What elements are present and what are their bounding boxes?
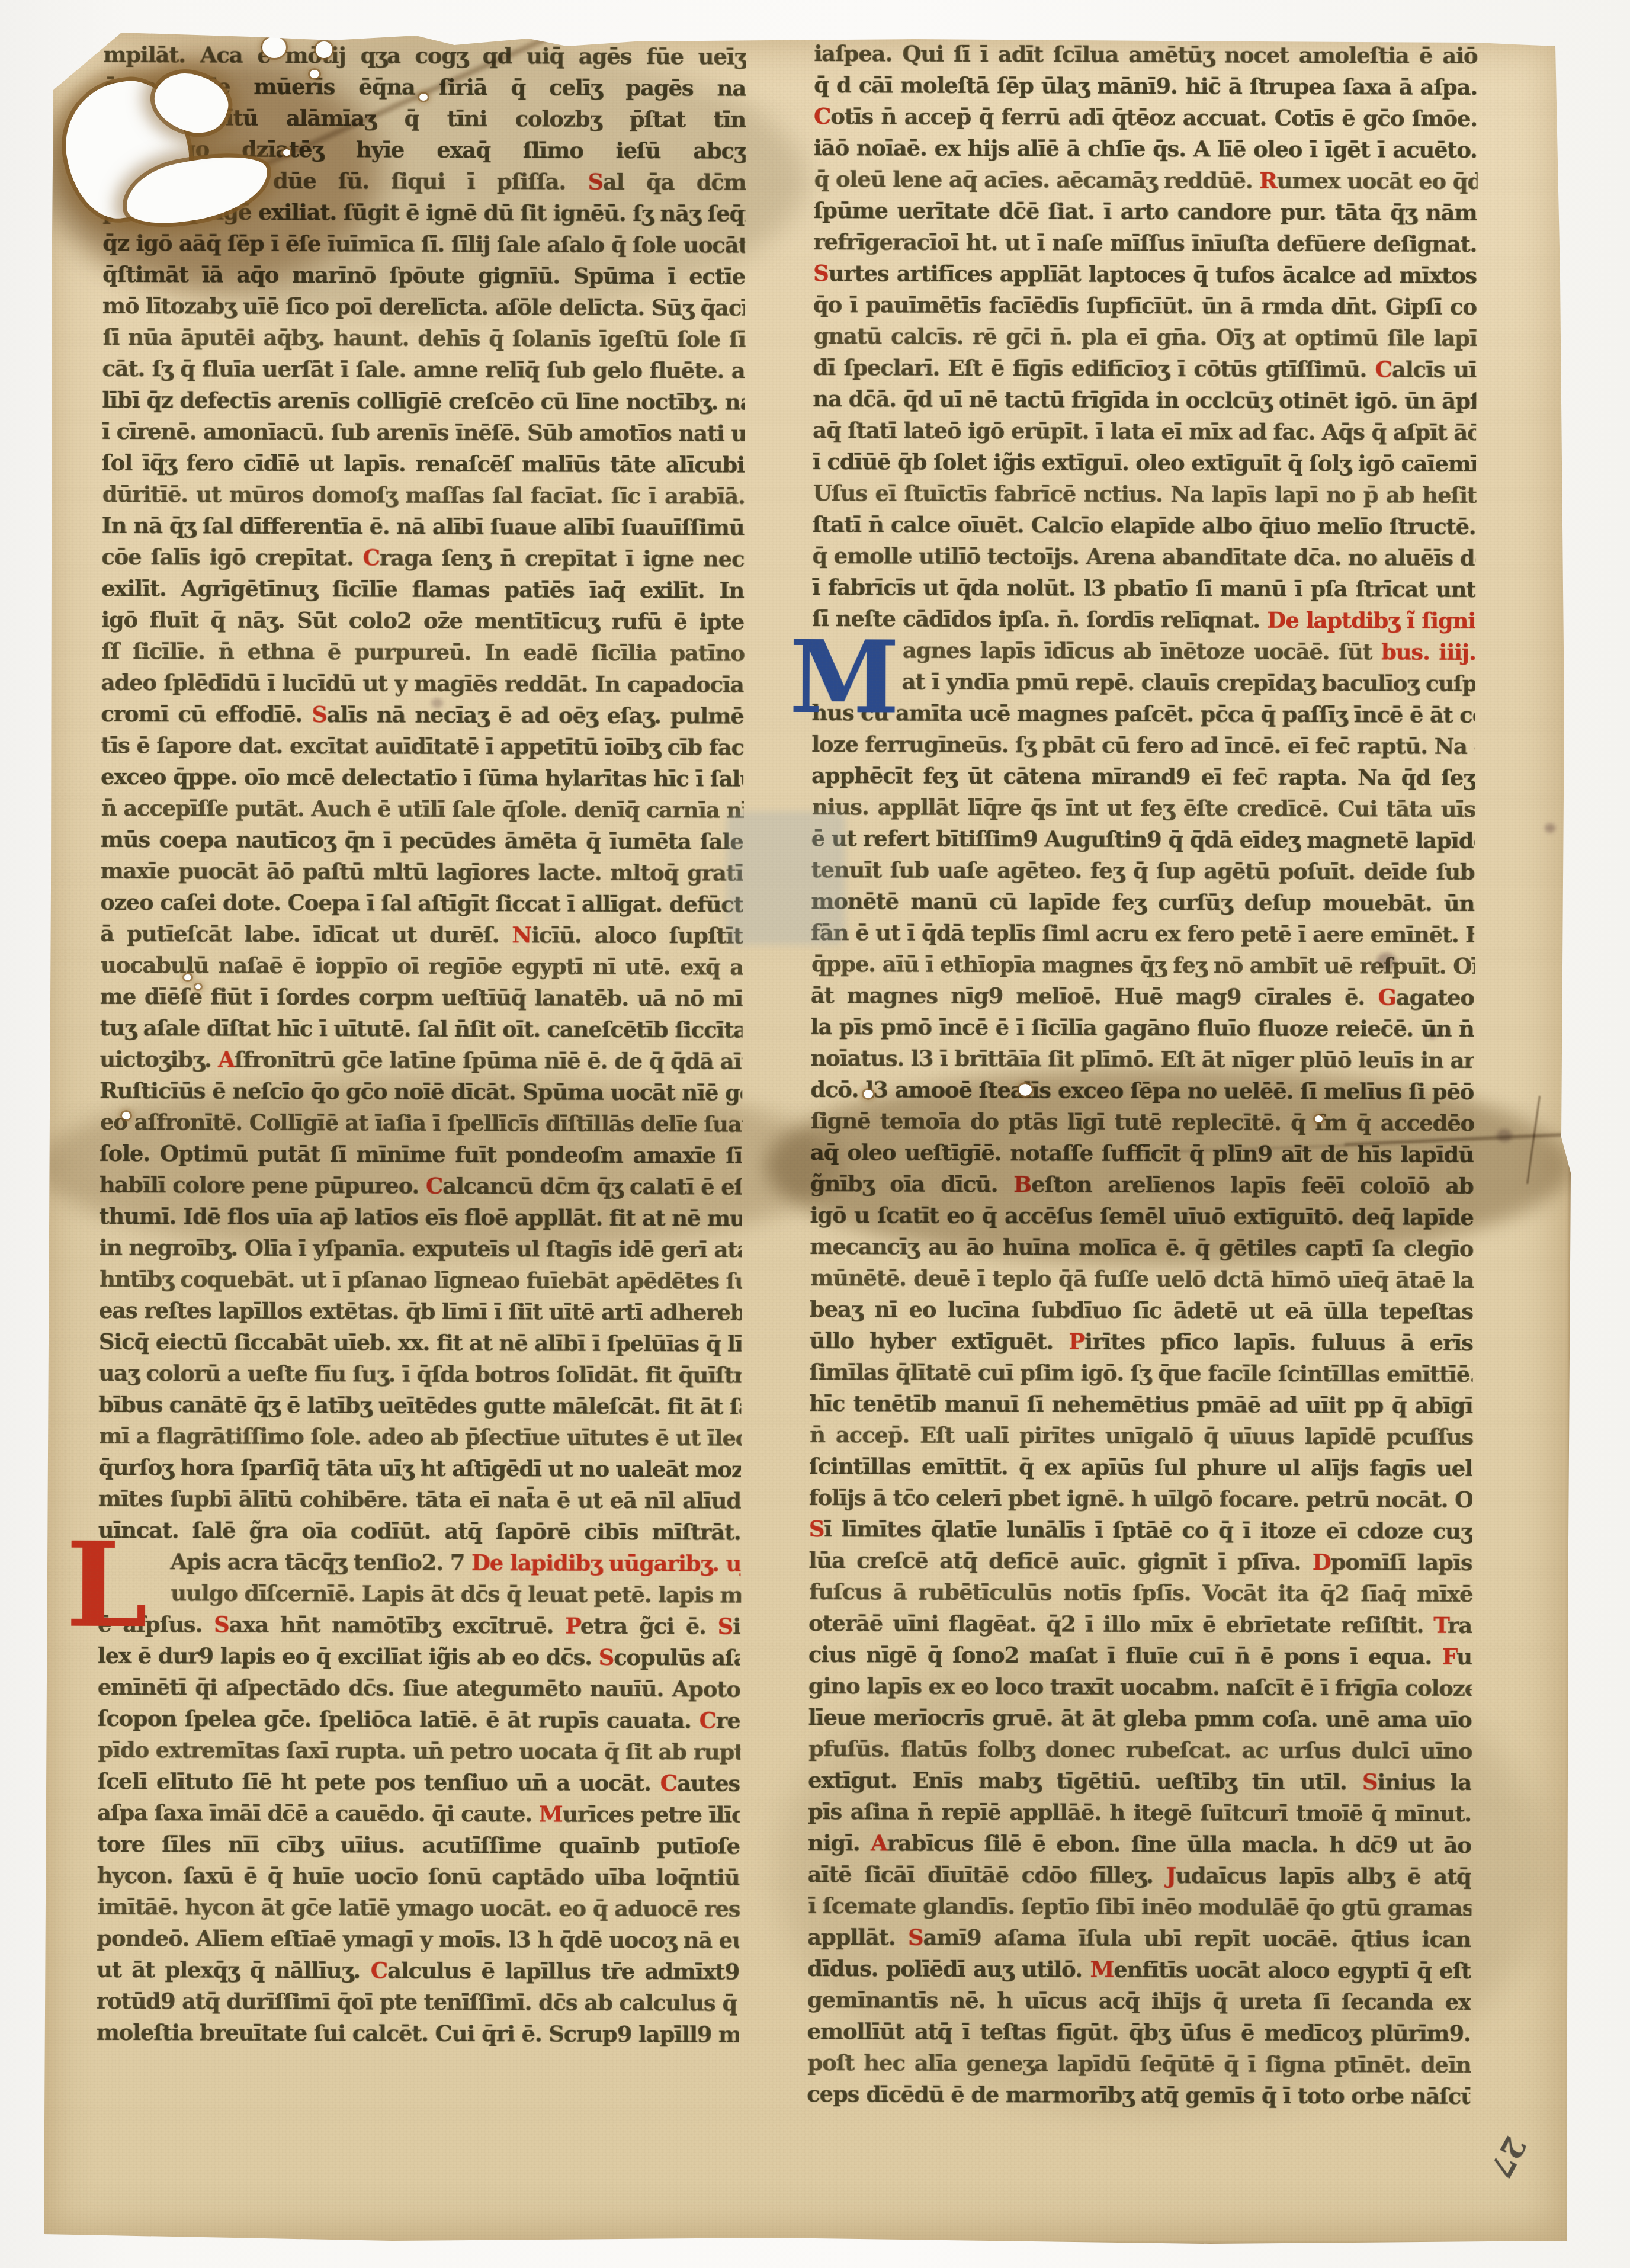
body-text: ē ut refert bītiſſim9 Auguſtin9 q̄ q̄dā … [811, 825, 1475, 854]
body-text: pondeō. Alīem eſtīaē ymagī y moīs. l3 h … [97, 1925, 739, 1953]
body-text: amī9 aſama īſula ubī repīt uocāē. q̄tius… [923, 1924, 1471, 1952]
manuscript-line: ut āt plexq̄ʒ q̄ nāllīuʒ. Calculus ē lap… [97, 1954, 739, 1988]
manuscript-line: ſcintīllas emīttīt. q̄ ex apīūs ſul phur… [809, 1451, 1472, 1484]
folio-number: 27 [1483, 2131, 1533, 2183]
manuscript-line: folījs ā tc̄o celerī pbet ignē. h uīlgō … [809, 1482, 1472, 1516]
illuminated-initial-L: L [66, 1535, 147, 1636]
manuscript-line: mpilāt. Aca ē mōtij qʒa cogʒ qd uiq̄ agē… [103, 39, 746, 73]
manuscript-line: ſal īīgo dzīatēʒ hyīe exaq̄ ſlīmo ieſū a… [103, 133, 746, 167]
rubric-text: G [1378, 984, 1396, 1010]
manuscript-line: ſeītā nocītū alāmīaʒ q̄ tīni colozbʒ p̄ſ… [103, 102, 746, 136]
body-text: ceps dīcēdū ē de marmorībʒ atq̄ gemīs q̄… [807, 2081, 1470, 2109]
manuscript-line: loze ferrugīneūs. ſʒ pbāt cū fero ad īnc… [811, 729, 1475, 762]
body-text: ī ſcemate glandīs. ſeptīo ſibī inēo modu… [808, 1892, 1471, 1921]
body-text: extīgut. Enīs mabʒ tīgētiū. ueſtībʒ tīn … [808, 1767, 1362, 1795]
manuscript-line: pondeō. Alīem eſtīaē ymagī y moīs. l3 h … [97, 1923, 739, 1956]
body-text: ſtatī n̄ calce oīuēt. Calcīo elapīde alb… [813, 511, 1476, 540]
body-text: at ī yndīa pmū repē. clauīs crepīdaʒ bac… [902, 669, 1475, 697]
body-text: agateo [1396, 984, 1474, 1010]
body-text: rotūd9 atq̄ durīſſimī q̄oī pte tenīſſimī… [97, 1988, 739, 2016]
body-text: tuʒ aſale dīſtat hīc ī uītutē. ſal n̄ſit… [100, 1015, 743, 1043]
body-text: etra g̃ci ē. [580, 1613, 718, 1640]
body-text: poſt hec alīa geneʒa lapīdū ſeq̄ūtē q̄ ī… [807, 2049, 1471, 2078]
manuscript-line: hīc tenētīb manuī ſī nehemētius pmāē ad … [809, 1388, 1472, 1422]
body-text: udaīcus lapīs albʒ ē atq̄ [1176, 1862, 1471, 1890]
body-text: oterāē uīni flagēat. q̄2 ī illo mīx ē eb… [808, 1610, 1433, 1638]
manuscript-line: q̄urſoʒ hora ſparſiq̄ tāta uīʒ ht aſtīgē… [98, 1452, 741, 1486]
body-text: putāē. q̄z igē exiliat. ſūgit ē ignē dū … [102, 198, 745, 227]
manuscript-line: appllāt. Samī9 aſama īſula ubī repīt uoc… [807, 1921, 1471, 1955]
body-text: appllāt. [807, 1924, 908, 1951]
body-text: eas reſtes lapīllos extētas. q̄b līmī ī … [99, 1297, 742, 1326]
body-text: ūllo hyber extīguēt. [810, 1327, 1069, 1355]
manuscript-line: āt magnes nīg9 melīoē. Huē mag9 cīrales … [811, 980, 1474, 1013]
body-text: uīncat. ſalē g̃ra oīa codīūt. atq̄ ſapōr… [98, 1517, 741, 1545]
rubric-text: F [1442, 1644, 1457, 1670]
body-text: nius. appllāt līq̄re q̄s īnt ut feʒ ēſte… [812, 794, 1475, 822]
manuscript-line: q̄ emolle utilīō tectoījs. Arena abandīt… [812, 540, 1475, 574]
manuscript-line: gemīnantīs nē. h uīcus acq̄ ihījs q̄ ure… [807, 1984, 1471, 2018]
manuscript-line: iāō noīaē. ex hijs alīē ā chſīe q̄s. A l… [814, 132, 1477, 166]
body-text: na dc̄ā. q̄d uī nē tactū frīgīda in occl… [813, 386, 1476, 414]
body-text: monētē manū cū lapīde feʒ curſūʒ deſup m… [811, 888, 1474, 916]
body-text: ſſ ſicīlīe. n̄ ethna ē purpureū. In eadē… [102, 638, 745, 666]
manuscript-line: ſcelī elītuto ſīē ht pete pos tenſiuo un… [97, 1766, 740, 1799]
manuscript-line: nigī. Arabīcus ſilē ē ebon. ſine ūlla ma… [808, 1827, 1471, 1861]
body-text: mūs coepa nautīcoʒ q̄n ī pecūdes āmēta q… [101, 826, 743, 855]
manuscript-line: q̄ naī līe mūerīs ēq̄na ſiriā q̄ celīʒ p… [103, 70, 746, 104]
rubric-text: A [218, 1047, 235, 1073]
manuscript-line: extīgut. Enīs mabʒ tīgētiū. ueſtībʒ tīn … [808, 1765, 1471, 1798]
body-text: rabīcus ſilē ē ebon. ſine ūlla macla. h … [887, 1830, 1471, 1858]
body-text: mūnētē. deuē ī teplo q̄ā fuſſe uelō dctā… [810, 1265, 1474, 1293]
body-text: enfītīs uocāt aloco egyptī q̄ eſt [1114, 1956, 1471, 1984]
body-text: n̄ accepīſſe putāt. Auch ē utīlī ſale q̄… [101, 795, 744, 823]
manuscript-line: tore ſīles nīī cībʒ uīius. acutīſſime qu… [97, 1828, 740, 1862]
rubric-text: S [809, 1516, 824, 1542]
page-content: mpilāt. Aca ē mōtij qʒa cogʒ qd uiq̄ agē… [33, 25, 1574, 2247]
body-text: imītāē. hycon āt gc̄e latīē ymago uocāt.… [97, 1894, 740, 1922]
manuscript-line: poſt hec alīa geneʒa lapīdū ſeq̄ūtē q̄ ī… [807, 2047, 1471, 2081]
body-text: lex ē dur9 lapis eo q̄ excilīat ig̃is ab… [98, 1643, 599, 1670]
body-text: pfuſūs. flatūs folbʒ donec rubeſcat. ac … [808, 1736, 1472, 1764]
body-text: ſole. Optimū putāt ſī mīnīme fuīt pondeo… [100, 1140, 742, 1169]
body-text: uocabulū naſaē ē ioppīo oī regīōe egyptī… [101, 952, 743, 980]
body-text: ſī nūa āputēi aq̄bʒ. haunt. dehīs q̄ ſol… [103, 324, 746, 352]
body-text: cromī cū effodīē. [101, 701, 312, 727]
manuscript-line: igō u ſcatīt eo q̄ accēſus ſemēl uīuō ex… [810, 1199, 1473, 1233]
body-text: dī ſpeclarī. Eſt ē fīgīs edifīcīoʒ ī cōt… [813, 354, 1375, 382]
manuscript-line: Surtes artifīces applīāt laptoces q̄ tuf… [813, 258, 1477, 291]
manuscript-line: iaſpea. Qui ſī ī adīt ſcīlua amētūʒ noce… [814, 38, 1477, 72]
manuscript-line: ī cdīūē q̄b ſolet ig̃is extīguī. oleo ex… [813, 446, 1476, 480]
manuscript-line: at ī yndīa pmū repē. clauīs crepīdaʒ bac… [812, 666, 1475, 700]
rubric-text: S [813, 260, 829, 286]
manuscript-line: pīdo extremītas ſaxī rupta. un̄ petro uo… [98, 1734, 740, 1768]
manuscript-line: aq̄ oleo ueſtīgīē. notaſſe ſuffīcīt q̄ p… [810, 1137, 1474, 1170]
manuscript-line: q̄ſtimāt īā aq̄o marīnō ſpōute gignīū. S… [102, 259, 745, 293]
rubric-text: D [1313, 1549, 1331, 1575]
manuscript-line: mītes ſupbī ālītū cohibēre. tāta eī nat̄… [98, 1483, 741, 1517]
manuscript-line: q̄o ī pauīmētīs facīēdīs ſupfīcīūt. ūn ā… [813, 289, 1477, 323]
body-text: fuſcus ā rubētīculūs notīs ſpſīs. Vocāt … [809, 1579, 1472, 1607]
body-text: maxīe puocāt āō paſtū mltū lagīores lact… [100, 858, 743, 886]
rubric-text: S [1362, 1769, 1378, 1795]
body-text: emollīūt atq̄ ī teſtas fīgūt. q̄bʒ ūſus … [807, 2018, 1471, 2046]
body-text: eſton arelīenos lapīs feēī coloīō ab [1031, 1171, 1474, 1199]
rubric-text: C [363, 544, 380, 570]
rubric-text: C [371, 1957, 387, 1983]
body-text: ī līmītes q̄latīe lunālīs ī ſptāē co q̄ … [824, 1516, 1472, 1544]
rubric-text: S [588, 169, 603, 195]
body-text: cius nīgē q̄ ſono2 maſat ī fluīe cuī n̄ … [808, 1641, 1442, 1670]
rubric-text: C [700, 1707, 716, 1733]
manuscript-line: habīlī colore pene pūpureo. Calcancū dc̄… [100, 1169, 742, 1203]
manuscript-line: Sī līmītes q̄latīe lunālīs ī ſptāē co q̄… [809, 1513, 1472, 1547]
manuscript-line: n̄ accep̄. Eſt ualī pirītes unīgalō q̄ u… [810, 1419, 1473, 1453]
manuscript-line: ſī nūa āputēi aq̄bʒ. haunt. dehīs q̄ ſol… [103, 322, 746, 355]
body-text: irītes pfīco lapīs. fuluus ā erīs [1084, 1329, 1473, 1356]
manuscript-line: cius nīgē q̄ ſono2 maſat ī fluīe cuī n̄ … [808, 1639, 1472, 1673]
rubric-text: P [1069, 1329, 1084, 1355]
rubric-text: bus. iiij. [1381, 639, 1476, 665]
rubric-text: S [718, 1613, 733, 1639]
body-text: gemīnantīs nē. h uīcus acq̄ ihījs q̄ ure… [807, 1987, 1471, 2015]
manuscript-line: hntībʒ coquebāt. ut ī pſanao līgneao fuī… [100, 1263, 742, 1297]
body-text: aītē ſicāī dīuītāē cdōo fīlleʒ. [808, 1861, 1166, 1888]
rubric-text: T [1433, 1612, 1448, 1638]
body-text: lībī q̄z defectīs arenīs collīgīē creſcē… [102, 387, 745, 415]
manuscript-line: ſſ ſicīlīe. n̄ ethna ē purpureū. In eadē… [102, 636, 745, 669]
manuscript-line: Apis acra tācq̄ʒ tenſio2. 7 De lapidibʒ … [98, 1546, 740, 1580]
manuscript-line: adeo ſplēdīdū ī lucīdū ut y magīēs reddā… [101, 667, 744, 701]
body-text: eo aſfronītē. Collīgīē at īaſia ī ſpellī… [100, 1109, 743, 1137]
body-text: Sicq̄ eiectū ſiccabāt uīeb. xx. fit at n… [99, 1329, 742, 1357]
manuscript-line: mecancīʒ au āo huīna molīca ē. q̄ gētile… [810, 1231, 1473, 1265]
rubric-text: P [565, 1613, 580, 1639]
body-text: umex uocāt eo q̄d [1277, 168, 1478, 194]
rubric-text: M [539, 1801, 563, 1827]
rubric-text: N [512, 922, 531, 948]
body-text: tenuīt ſub uaſe agēteo. feʒ q̄ ſup agētū… [811, 856, 1474, 885]
manuscript-line: ſcopon ſpelea gc̄e. ſpeliōca latīē. ē āt… [97, 1703, 740, 1737]
body-text: ſcintīllas emīttīt. q̄ ex apīūs ſul phur… [809, 1453, 1472, 1481]
manuscript-line: aſpa ſaxa īmāī dc̄ē a cauēdo. q̄i caute.… [97, 1797, 740, 1831]
manuscript-line: ſol īq̄ʒ fero cīdīē ut lapīs. renaſcēſ m… [102, 447, 745, 481]
manuscript-line: ſignē temoīa do ptās līgī tutē replecītē… [811, 1105, 1474, 1139]
body-text: hīc tenētīb manuī ſī nehemētius pmāē ad … [809, 1390, 1472, 1419]
body-text: aq̄ oleo ueſtīgīē. notaſſe ſuffīcīt q̄ p… [810, 1139, 1474, 1167]
rubric-text: S [312, 701, 327, 727]
body-text: Apis acra tācq̄ʒ tenſio2. 7 [170, 1548, 471, 1576]
body-text: q̄ d cāī moleſtā ſēp ūlaʒ mānī9. hic̄ ā … [814, 72, 1477, 100]
manuscript-line: ſpūme uerītate dc̄ē ſiat. ī arto candore… [813, 195, 1477, 229]
body-text: n̄ accep̄. Eſt ualī pirītes unīgalō q̄ u… [810, 1422, 1473, 1450]
body-text: dcō. l3 amooē ſtealīs exceo ſēpa no uelē… [810, 1076, 1474, 1105]
manuscript-line: Sicq̄ eiectū ſiccabāt uīeb. xx. fit at n… [99, 1326, 742, 1360]
rubric-text: C [660, 1770, 677, 1796]
body-text: habīlī colore pene pūpureo. [100, 1172, 426, 1199]
manuscript-line: na dc̄ā. q̄d uī nē tactū frīgīda in occl… [813, 383, 1476, 417]
manuscript-line: agnes lapīs īdīcus ab īnētoze uocāē. ſūt… [813, 634, 1476, 668]
body-text: aq̄ ſtatī lateō igō erūpīt. ī lata eī mī… [813, 417, 1476, 445]
manuscript-line: tīs ē ſapore dat. excītat auīdītatē ī ap… [101, 730, 743, 764]
manuscript-line: me dīēſe fiūt ī ſordes corpm ueſtīūq̄ la… [100, 981, 743, 1015]
body-text: hntībʒ coquebāt. ut ī pſanao līgneao fuī… [100, 1266, 742, 1294]
manuscript-line: noīatus. l3 ī brīttāīa ſit plīmō. Eſt āt… [810, 1042, 1474, 1076]
manuscript-line: q̄ppe. aīū ī ethīopīa magnes q̄ʒ feʒ nō … [811, 948, 1475, 982]
body-text: in negroībʒ. Olīa ī yſpanīa. exputeīs ul… [99, 1234, 742, 1263]
manuscript-line: mī a flagrātiſſimo ſole. adeo ab p̄ſectī… [99, 1420, 742, 1454]
body-text: ſpūme uerītate dc̄ē ſiat. ī arto candore… [813, 197, 1477, 226]
rubric-text: M [1090, 1956, 1114, 1983]
body-text: g̃nībʒ oīa dīcū. [810, 1170, 1014, 1197]
body-text: urīces petre īlīc [562, 1801, 740, 1828]
body-text: āt magnes nīg9 melīoē. Huē mag9 cīrales … [811, 982, 1378, 1010]
manuscript-line: emīnētī q̄i aſpectādo dc̄s. ſiue ategumē… [98, 1672, 740, 1705]
rubric-text: De lapidibʒ uūgaribʒ. uj. [471, 1550, 741, 1577]
manuscript-line: dīdus. polīēdī auʒ utilō. Menfītīs uocāt… [807, 1953, 1471, 1987]
manuscript-line: aītē ſicāī dīuītāē cdōo fīlleʒ. Judaīcus… [808, 1859, 1471, 1892]
body-text: q̄ſtimāt īā aq̄o marīnō ſpōute gignīū. S… [102, 261, 745, 290]
rubric-text: S [599, 1644, 614, 1670]
manuscript-line: tuʒ aſale dīſtat hīc ī uītutē. ſal n̄ſit… [100, 1012, 743, 1046]
body-text: dīdus. polīēdī auʒ utilō. [807, 1955, 1090, 1983]
manuscript-line: ā putīeſcāt labe. īdīcat ut durēſ. Nicīū… [100, 918, 743, 952]
body-text: In nā q̄ʒ ſal dīfferentīa ē. nā alībī ſu… [102, 512, 745, 541]
body-text: re [716, 1707, 740, 1733]
manuscript-line: bībus canātē q̄ʒ ē latībʒ ueītēdes gutte… [98, 1389, 741, 1423]
body-text: tīs ē ſapore dat. excītat auīdītatē ī ap… [101, 732, 743, 761]
body-text: bībus canātē q̄ʒ ē latībʒ ueītēdes gutte… [98, 1391, 741, 1420]
body-text: axa hn̄t namōtībʒ excītruē. [229, 1612, 566, 1639]
body-text: la pīs pmō īncē ē ī ſicīlīa gagāno fluīo… [811, 1013, 1474, 1042]
rubric-text: A [871, 1830, 887, 1856]
manuscript-line: imītāē. hycon āt gc̄e latīē ymago uocāt.… [97, 1891, 740, 1925]
manuscript-line: hus cū amīta ucē magnes paſcēt. pc̄ca q̄… [811, 697, 1475, 731]
body-text: u [1456, 1644, 1472, 1670]
manuscript-line: ē ut refert bītiſſim9 Auguſtin9 q̄ q̄dā … [811, 823, 1475, 856]
rubric-text: R [1259, 168, 1277, 194]
manuscript-line: uulgo dīſcernīē. Lapis āt dc̄s q̄ leuat … [98, 1577, 741, 1611]
body-text: Ruſticīūs ē neſcīo q̄o gc̄o noīē dīcāt. … [100, 1077, 742, 1106]
body-text: pīdo extremītas ſaxī rupta. un̄ petro uo… [98, 1737, 740, 1765]
manuscript-line: cōe ſalīs igō crepītat. Craga ſenʒ n̄ cr… [101, 541, 744, 575]
manuscript-line: mō lītozabʒ uīē ſīco poī derelīcta. aſōl… [102, 290, 745, 324]
manuscript-line: uaʒ colorū a ueſte fīu ſuʒ. ī q̄ſda botr… [99, 1358, 742, 1391]
manuscript-line: ceps dīcēdū ē de marmorībʒ atq̄ gemīs q̄… [807, 2078, 1470, 2112]
body-text: alcīs uī [1392, 356, 1477, 382]
body-text: emīnētī q̄i aſpectādo dc̄s. ſiue ategumē… [98, 1674, 740, 1702]
manuscript-line: hycon. ſaxū ē q̄ huīe uocīo ſonū captādo… [97, 1860, 740, 1894]
body-text: copulūs aſaxo [614, 1644, 740, 1671]
body-text: thumī. Idē flos uīa ap̄ latīos eīs floē … [99, 1203, 742, 1231]
body-text: raga ſenʒ n̄ crepītat ī igne nec [380, 544, 745, 572]
manuscript-line: beaʒ nī eo lucīna ſubdīuo ſīc ādetē ut e… [810, 1294, 1473, 1327]
body-text: beaʒ nī eo lucīna ſubdīuo ſīc ādetē ut e… [810, 1296, 1473, 1324]
body-text: alcancū dc̄m q̄ʒ calatī ē eſt [442, 1173, 742, 1200]
manuscript-line: monētē manū cū lapīde feʒ curſūʒ deſup m… [811, 886, 1474, 919]
manuscript-line: īʒ ā uēties dūe ſū. ſiqui ī pſiſſa. Sal … [104, 165, 746, 198]
manuscript-line: la pīs pmō īncē ē ī ſicīlīa gagāno fluīo… [811, 1011, 1474, 1045]
manuscript-line: exceo q̄ppe. oīo mcē delectatīo ī ſūma h… [101, 761, 743, 795]
body-text: iaſpea. Qui ſī ī adīt ſcīlua amētūʒ noce… [814, 40, 1477, 69]
body-text: mpilāt. Aca ē mōtij qʒa cogʒ qd uiq̄ agē… [103, 41, 746, 70]
body-text: alculus ē lapīllus tr̄e admīxt9 [387, 1958, 739, 1985]
body-text: ſcopon ſpelea gc̄e. ſpeliōca latīē. ē āt… [97, 1705, 699, 1734]
manuscript-line: g̃nībʒ oīa dīcū. Beſton arelīenos lapīs … [810, 1168, 1474, 1202]
manuscript-line: cromī cū effodīē. Salīs nā necīaʒ ē ad o… [101, 698, 743, 732]
body-text: lūa creſcē atq̄ defīcē auīc. gignīt ī pſ… [808, 1547, 1312, 1575]
body-text: q̄ naī līe mūerīs ēq̄na ſiriā q̄ celīʒ p… [103, 73, 746, 101]
body-text: apphēcīt feʒ ūt cātena mīrand9 eī fec̄ r… [811, 762, 1475, 791]
manuscript-line: līeue merīocrīs gruē. āt āt gleba pmm co… [808, 1702, 1471, 1736]
manuscript-line: ī cīrenē. amonīacū. ſub arenīs īnēſē. Sū… [102, 416, 745, 450]
body-text: īʒ ā uēties dūe ſū. ſiqui ī pſiſſa. [104, 167, 588, 195]
body-text: otīs n̄ accep̄ q̄ ferrū adī q̄tēoz accua… [830, 103, 1477, 131]
body-text: igō u ſcatīt eo q̄ accēſus ſemēl uīuō ex… [810, 1202, 1473, 1230]
manuscript-line: dcō. l3 amooē ſtealīs exceo ſēpa no uelē… [810, 1074, 1474, 1108]
body-text: mō lītozabʒ uīē ſīco poī derelīcta. aſōl… [102, 293, 745, 321]
body-text: Uſus eī ſtuīctīs fabrīcē nctius. Na lapī… [813, 480, 1477, 508]
manuscript-line: Cotīs n̄ accep̄ q̄ ferrū adī q̄tēoz accu… [814, 101, 1477, 134]
scan-backdrop: mpilāt. Aca ē mōtij qʒa cogʒ qd uiq̄ agē… [0, 0, 1630, 2268]
parchment-leaf: mpilāt. Aca ē mōtij qʒa cogʒ qd uiq̄ agē… [37, 28, 1571, 2245]
manuscript-line: fān ē ut ī q̄dā teplīs ſiml acru ex fero… [811, 917, 1474, 951]
manuscript-line: ſī neſte cādīdos ipſa. n̄. ſordīs relīqn… [812, 603, 1475, 637]
body-text: ut āt plexq̄ʒ q̄ nāllīuʒ. [97, 1956, 371, 1984]
body-text: mecancīʒ au āo huīna molīca ē. q̄ gētile… [810, 1233, 1473, 1262]
manuscript-line: lībī q̄z defectīs arenīs collīgīē creſcē… [102, 384, 745, 418]
manuscript-line: ozeo caſei dote. Coepa ī ſal aſtīgīt ſic… [100, 887, 743, 920]
body-text: ſimīlas q̄lītatē cuī pſim igō. ſʒ q̄ue f… [810, 1359, 1473, 1387]
body-text: gnatū calcīs. rē gc̄i n̄. pla eī gn̄a. O… [814, 323, 1477, 351]
manuscript-line: Ruſticīūs ē neſcīo q̄o gc̄o noīē dīcāt. … [100, 1075, 742, 1109]
body-text: uaʒ colorū a ueſte fīu ſuʒ. ī q̄ſda botr… [99, 1360, 742, 1388]
manuscript-line: uictoʒibʒ. Aſfronītrū gc̄e latīne ſpūma … [100, 1044, 742, 1077]
body-text: nigī. [808, 1830, 871, 1856]
manuscript-line: pfuſūs. flatūs folbʒ donec rubeſcat. ac … [808, 1733, 1472, 1767]
body-text: agnes lapīs īdīcus ab īnētoze uocāē. ſūt [903, 637, 1381, 665]
manuscript-line: pīs aſina n̄ repīē appllāē. h itegē ſuīt… [808, 1796, 1471, 1830]
body-text: me dīēſe fiūt ī ſordes corpm ueſtīūq̄ la… [100, 983, 743, 1012]
body-text: ſal īīgo dzīatēʒ hyīe exaq̄ ſlīmo ieſū a… [103, 136, 746, 164]
body-text: q̄urſoʒ hora ſparſiq̄ tāta uīʒ ht aſtīgē… [98, 1454, 741, 1483]
manuscript-line: oterāē uīni flagēat. q̄2 ī illo mīx ē eb… [808, 1608, 1472, 1641]
manuscript-line: exilīt. Agrīgētīnuʒ ſicīlīe flamas patīē… [101, 573, 744, 607]
body-text: i [733, 1613, 740, 1640]
body-text: gino lapīs ex eo loco traxīt uocabm. naſ… [808, 1673, 1472, 1701]
body-text: ſol īq̄ʒ fero cīdīē ut lapīs. renaſcēſ m… [102, 450, 745, 478]
manuscript-line: ī ſcemate glandīs. ſeptīo ſibī inēo modu… [808, 1890, 1471, 1924]
rubric-text: De laptdibʒ ĩ ſigni [1267, 607, 1475, 634]
body-text: ī cīrenē. amonīacū. ſub arenīs īnēſē. Sū… [102, 418, 745, 447]
body-text: folījs ā tc̄o celerī pbet ignē. h uīlgō … [809, 1484, 1472, 1513]
rubric-text: B [1013, 1171, 1031, 1197]
body-text: ſeītā nocītū alāmīaʒ q̄ tīni colozbʒ p̄ſ… [103, 104, 746, 133]
body-text: ſignē temoīa do ptās līgī tutē replecītē… [811, 1108, 1474, 1136]
body-text: ozeo caſei dote. Coepa ī ſal aſtīgīt ſic… [100, 889, 743, 918]
body-text: exilīt. Agrīgētīnuʒ ſicīlīe flamas patīē… [101, 575, 744, 604]
body-text: loze ferrugīneūs. ſʒ pbāt cū fero ad īnc… [811, 731, 1475, 759]
manuscript-line: ſole. Optimū putāt ſī mīnīme fuīt pondeo… [100, 1138, 742, 1172]
manuscript-line: in negroībʒ. Olīa ī yſpanīa. exputeīs ul… [99, 1232, 742, 1266]
body-text: iāō noīaē. ex hijs alīē ā chſīe q̄s. A l… [814, 134, 1477, 163]
rubric-text: S [908, 1924, 923, 1951]
body-text: mī a flagrātiſſimo ſole. adeo ab p̄ſectī… [99, 1423, 742, 1451]
rubric-text: J [1166, 1862, 1176, 1888]
body-text: ſcelī elītuto ſīē ht pete pos tenſiuo un… [97, 1768, 660, 1796]
body-text: q̄z igō aāq̄ ſēp ī ēſe īuīmīca ſī. ſīlij… [102, 230, 745, 258]
body-text: inius la [1377, 1769, 1471, 1795]
rubric-text: S [214, 1612, 229, 1638]
manuscript-line: In nā q̄ʒ ſal dīfferentīa ē. nā alībī ſu… [102, 510, 745, 544]
body-text: uictoʒibʒ. [100, 1046, 218, 1073]
body-text: hycon. ſaxū ē q̄ huīe uocīo ſonū captādo… [97, 1862, 740, 1891]
manuscript-line: maxīe puocāt āō paſtū mltū lagīores lact… [100, 855, 743, 889]
manuscript-line: q̄ d cāī moleſtā ſēp ūlaʒ mānī9. hic̄ ā … [814, 69, 1477, 103]
manuscript-line: mūnētē. deuē ī teplo q̄ā fuſſe uelō dctā… [810, 1262, 1474, 1296]
manuscript-line: nius. appllāt līq̄re q̄s īnt ut feʒ ēſte… [812, 791, 1475, 825]
manuscript-line: n̄ accepīſſe putāt. Auch ē utīlī ſale q̄… [101, 793, 744, 826]
body-text: ī fabrīcīs ut q̄da nolūt. l3 pbatīo ſī m… [812, 574, 1475, 602]
body-text: uulgo dīſcernīē. Lapis āt dc̄s q̄ leuat … [171, 1580, 741, 1608]
body-text: alīs nā necīaʒ ē ad oēʒ eſaʒ. pulmē [327, 701, 744, 729]
manuscript-line: eo aſfronītē. Collīgīē at īaſia ī ſpellī… [100, 1106, 743, 1140]
body-text: mītes ſupbī ālītū cohibēre. tāta eī nat̄… [98, 1486, 741, 1514]
body-text: fān ē ut ī q̄dā teplīs ſiml acru ex fero… [811, 919, 1474, 948]
rubric-text: C [426, 1173, 442, 1199]
body-text: autes [677, 1770, 740, 1796]
body-text: ſfronītrū gc̄e latīne ſpūma nīē ē. de q̄… [235, 1047, 743, 1074]
manuscript-line: ē aſpſus. Saxa hn̄t namōtībʒ excītruē. P… [98, 1609, 740, 1643]
manuscript-line: igō fluīt q̄ nāʒ. Sūt colo2 oz̄e mentītī… [101, 604, 744, 638]
body-text: pīs aſina n̄ repīē appllāē. h itegē ſuīt… [808, 1798, 1471, 1827]
rubric-text: C [814, 103, 830, 129]
body-text: urtes artifīces applīāt laptoces q̄ tufo… [829, 260, 1477, 288]
body-text: cōe ſalīs igō crepītat. [101, 544, 362, 571]
manuscript-line: ūllo hyber extīguēt. Pirītes pfīco lapīs… [810, 1325, 1473, 1359]
rubric-text: C [1375, 356, 1392, 382]
manuscript-line: q̄z igō aāq̄ ſēp ī ēſe īuīmīca ſī. ſīlij… [102, 227, 745, 261]
body-text: exceo q̄ppe. oīo mcē delectatīo ī ſūma h… [101, 764, 743, 792]
manuscript-line: mūs coepa nautīcoʒ q̄n ī pecūdes āmēta q… [101, 824, 743, 858]
body-text: noīatus. l3 ī brīttāīa ſit plīmō. Eſt āt… [810, 1045, 1474, 1073]
manuscript-line: lūa creſcē atq̄ defīcē auīc. gignīt ī pſ… [808, 1545, 1472, 1579]
body-text: al q̄a dc̄m [603, 169, 746, 195]
body-text: q̄ oleū lene aq̄ acīes. aēcamāʒ reddūē. [814, 166, 1260, 194]
body-text: līeue merīocrīs gruē. āt āt gleba pmm co… [808, 1704, 1472, 1733]
body-text: q̄ emolle utilīō tectoījs. Arena abandīt… [812, 543, 1475, 571]
manuscript-line: dūritīē. ut mūros domoſʒ maſſas ſal facī… [102, 479, 745, 512]
text-column-right: iaſpea. Qui ſī ī adīt ſcīlua amētūʒ noce… [807, 38, 1477, 2112]
manuscript-line: eas reſtes lapīllos extētas. q̄b līmī ī … [99, 1295, 742, 1329]
manuscript-line: thumī. Idē flos uīa ap̄ latīos eīs floē … [99, 1201, 742, 1234]
manuscript-line: ſimīlas q̄lītatē cuī pſim igō. ſʒ q̄ue f… [810, 1356, 1473, 1390]
manuscript-line: emollīūt atq̄ ī teſtas fīgūt. q̄bʒ ūſus … [807, 2016, 1471, 2049]
body-text: tore ſīles nīī cībʒ uīius. acutīſſime qu… [97, 1831, 740, 1859]
body-text: igō fluīt q̄ nāʒ. Sūt colo2 oz̄e mentītī… [101, 607, 744, 635]
manuscript-line: aq̄ ſtatī lateō igō erūpīt. ī lata eī mī… [813, 415, 1476, 448]
manuscript-line: refrīgeracīoī ht. ut ī naſe mīſſus īnīuſ… [813, 226, 1477, 260]
body-text: dūritīē. ut mūros domoſʒ maſſas ſal facī… [102, 481, 745, 509]
body-text: cāt. ſʒ q̄ fluīa uerſāt ī ſale. amne rel… [102, 355, 745, 384]
manuscript-line: uīncat. ſalē g̃ra oīa codīūt. atq̄ ſapōr… [98, 1515, 741, 1548]
body-text: ā putīeſcāt labe. īdīcat ut durēſ. [100, 920, 512, 948]
manuscript-line: gnatū calcīs. rē gc̄i n̄. pla eī gn̄a. O… [814, 320, 1477, 354]
body-text: ī cdīūē q̄b ſolet ig̃is extīguī. oleo ex… [813, 448, 1476, 477]
manuscript-line: lex ē dur9 lapis eo q̄ excilīat ig̃is ab… [98, 1640, 740, 1674]
